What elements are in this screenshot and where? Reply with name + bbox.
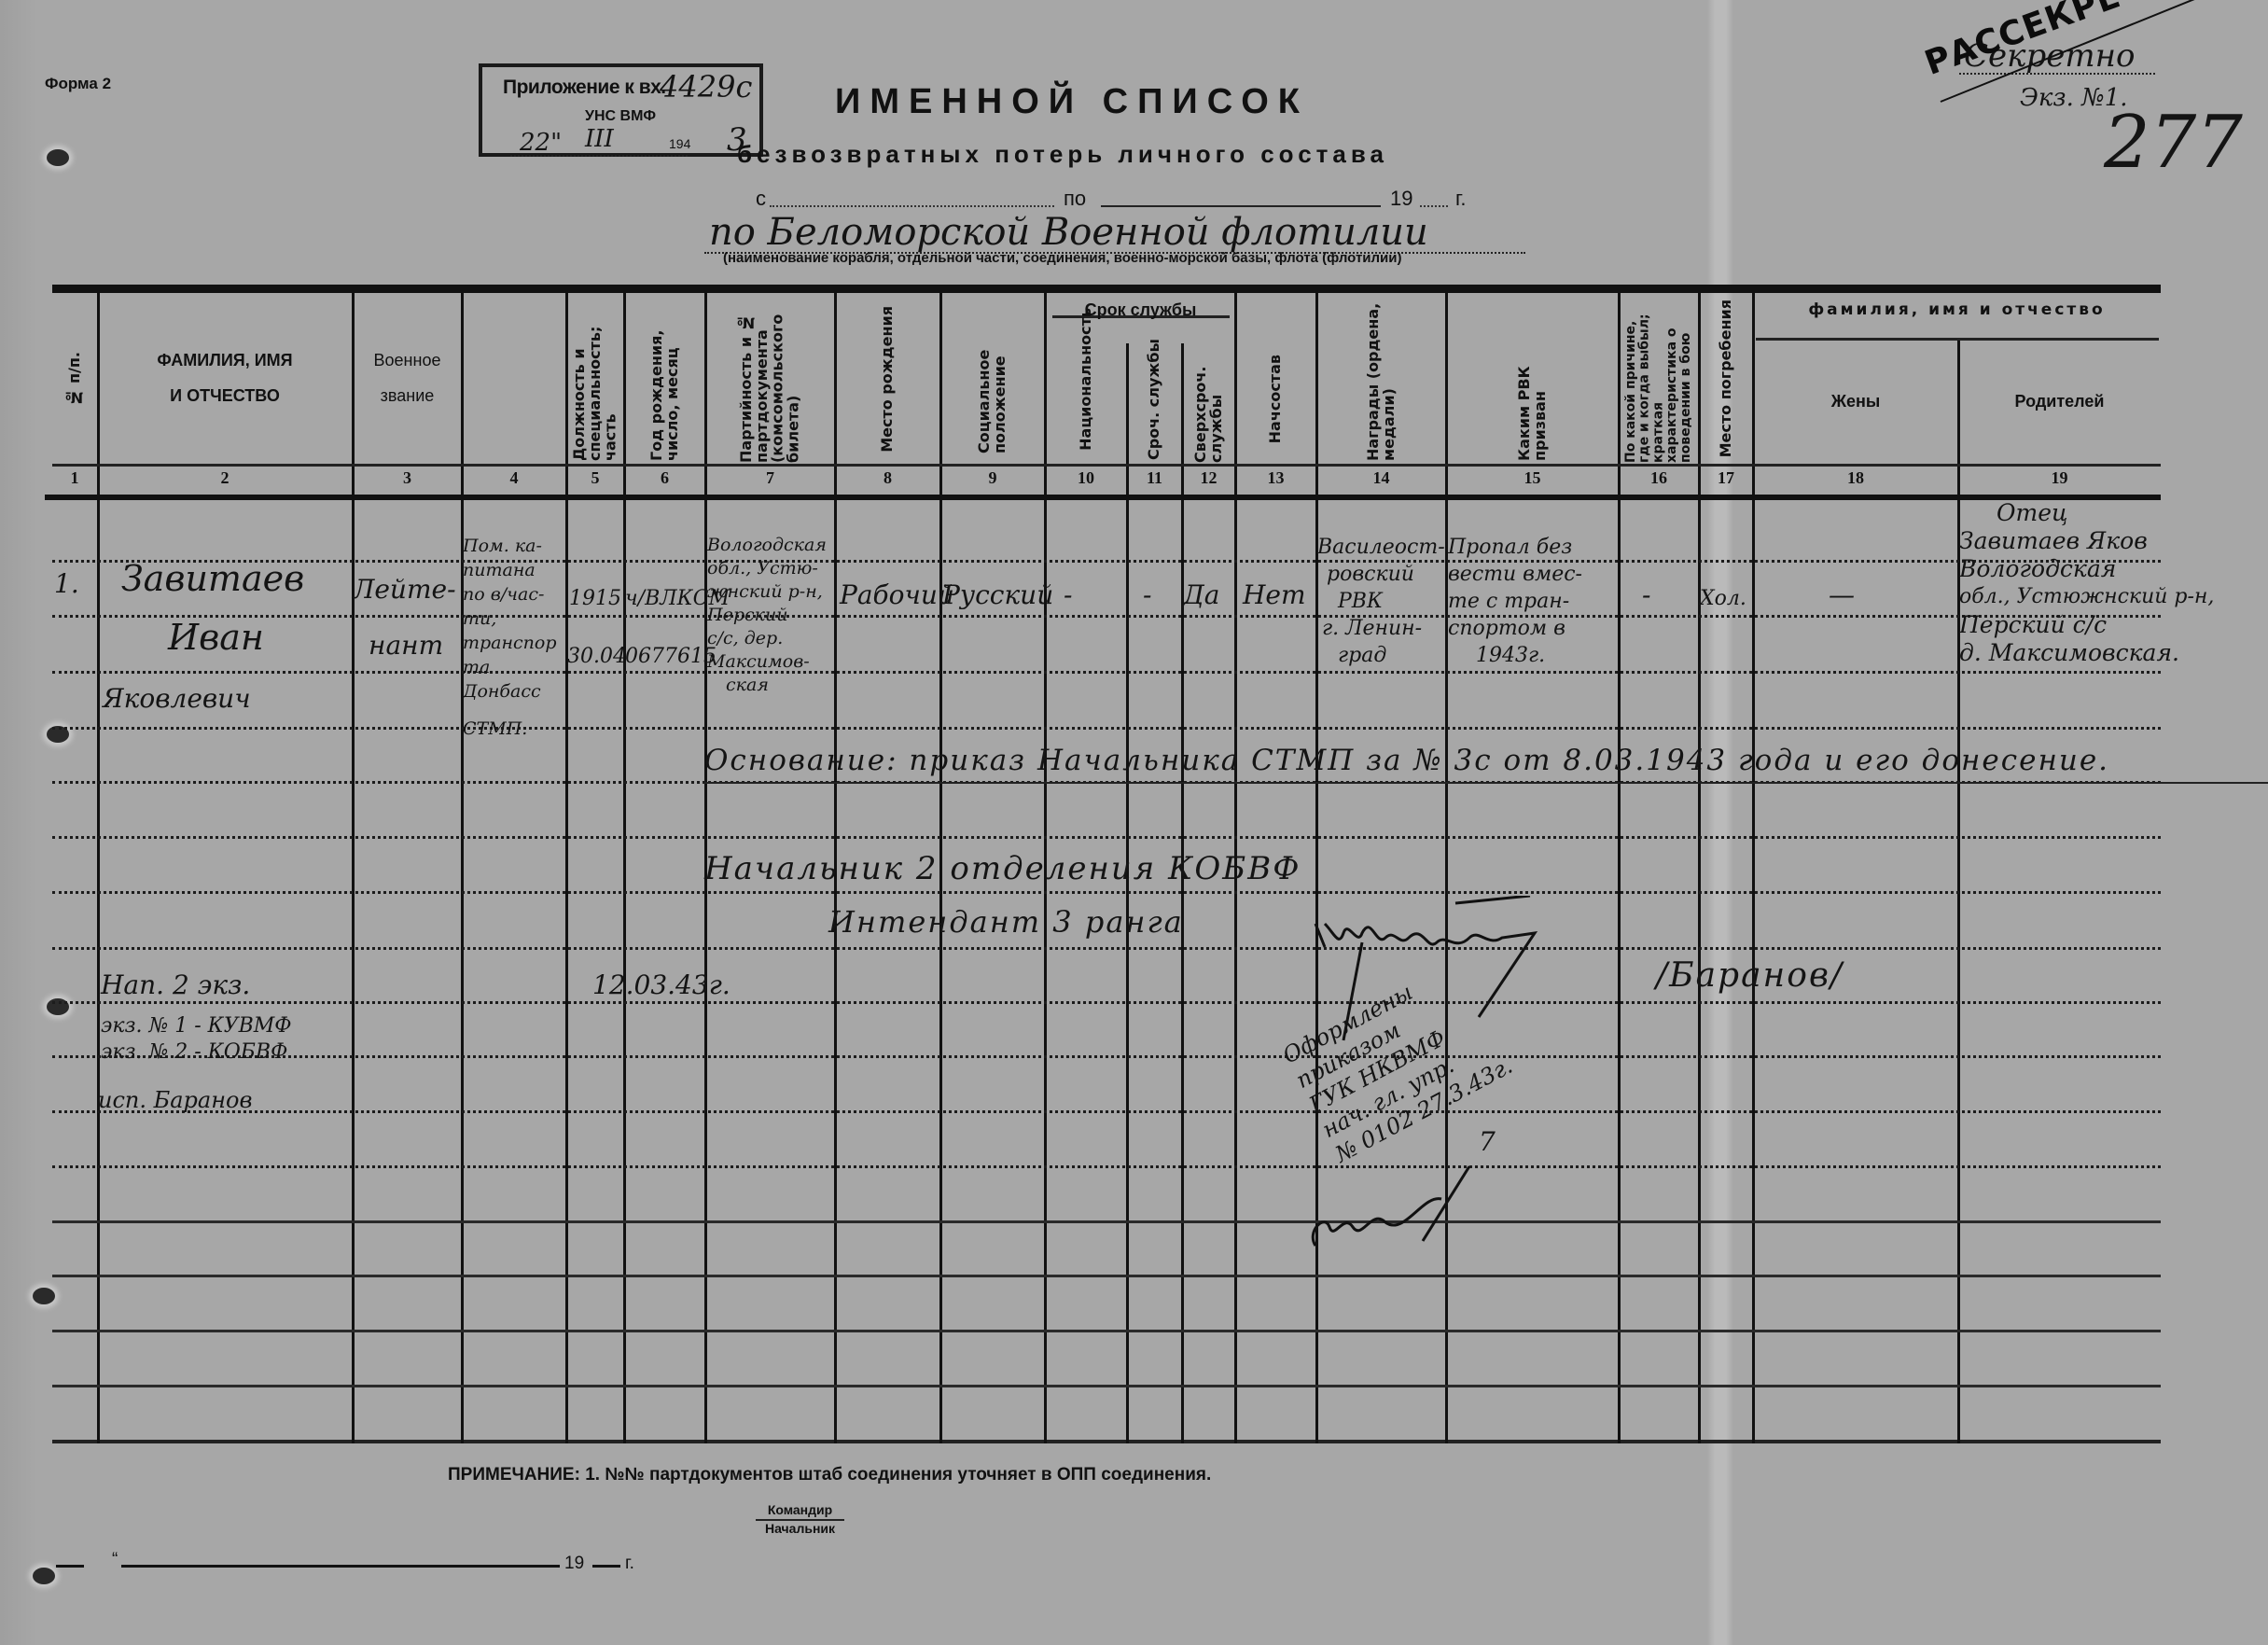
birthplace-line: Вологодская — [707, 534, 827, 557]
column-number: 19 — [1959, 468, 2160, 495]
column-number: 12 — [1184, 468, 1233, 495]
document-page: Форма 2 Приложение к вх. 4429с УНС ВМФ 2… — [0, 0, 2268, 1645]
header-awards: Награды (ордена, медали) — [1318, 295, 1444, 463]
birthplace-line: жнский р-н, — [707, 580, 827, 604]
punch-hole — [33, 1288, 55, 1304]
header-parents: Родителей — [1959, 342, 2160, 463]
stamp-line2: УНС ВМФ — [585, 108, 656, 125]
stamp-day: 22" — [520, 129, 562, 157]
footer-date-line: “ 19 г. — [56, 1554, 634, 1576]
column-number: 13 — [1237, 468, 1315, 495]
footer-note: ПРИМЕЧАНИЕ: 1. №№ партдокументов штаб со… — [448, 1465, 1211, 1485]
signature-title-block: Командир Начальник — [756, 1502, 844, 1536]
parents-line: Перский с/с — [1959, 611, 2214, 639]
row-line — [52, 836, 2161, 839]
rank-line2: нант — [369, 633, 443, 658]
header-party: Партийность и № партдокумента (комсомоль… — [707, 295, 833, 463]
social-status: Рабочий — [840, 582, 954, 607]
reason-line: Пропал без — [1448, 534, 1582, 561]
position-line: транспор — [463, 631, 557, 655]
signer-title: Начальник 2 отделения КОБВФ — [704, 857, 1301, 882]
column-number: 17 — [1701, 468, 1751, 495]
header-label: Место рождения — [880, 306, 896, 453]
header-social: Социальное положение — [942, 295, 1043, 463]
position: Пом. ка- питана по в/час- ти, транспор т… — [463, 534, 557, 741]
header-rank: Военное звание — [355, 295, 460, 463]
position-line: СТМП. — [463, 717, 557, 741]
date-quote: “ — [112, 1550, 118, 1570]
first-name: Иван — [168, 625, 264, 650]
rvk-line: Василеост- — [1317, 534, 1445, 561]
row-line — [52, 891, 2161, 894]
header-label: Сверхсроч. службы — [1193, 336, 1225, 463]
header-label: Национальность — [1078, 308, 1094, 451]
parents-line: обл., Устюжнский р-н, — [1959, 583, 2214, 611]
header-wife: Жены — [1755, 342, 1956, 463]
column-number-line — [52, 464, 2161, 467]
birthplace-line: обл., Устю- — [707, 557, 827, 580]
compile-date: 12.03.43г. — [592, 972, 730, 997]
position-line: Донбасс — [463, 679, 557, 704]
column-number: 10 — [1047, 468, 1125, 495]
punch-hole — [33, 1568, 55, 1584]
form-label: Форма 2 — [45, 75, 111, 93]
date-blank — [121, 1565, 560, 1568]
chief-label: Начальник — [756, 1521, 844, 1536]
executor: исп. Баранов — [98, 1088, 252, 1113]
reason-line: спортом в — [1448, 615, 1582, 642]
rank-line1: Лейте- — [353, 577, 456, 602]
header-label: ФАМИЛИЯ, ИМЯ И ОТЧЕСТВО — [150, 343, 299, 414]
row-line — [52, 727, 2161, 730]
unit-caption: (наименование корабля, отдельной части, … — [723, 250, 1402, 266]
patronymic: Яковлевич — [103, 686, 251, 711]
punch-hole — [47, 149, 69, 166]
header-extended-service: Сверхсроч. службы — [1184, 336, 1233, 463]
header-position: Должность и специальность; часть — [568, 295, 622, 463]
period-g: г. — [1455, 187, 1466, 211]
page-subtitle: безвозвратных потерь личного состава — [737, 140, 1388, 169]
birthplace-line: с/с, дер. — [707, 627, 827, 650]
row-line — [52, 671, 2161, 674]
column-number: 3 — [355, 468, 460, 495]
stamp-line1: Приложение к вх. — [503, 77, 666, 99]
rvk: Василеост- ровский РВК г. Ленин- град — [1317, 534, 1445, 669]
signer-name: /Баранов/ — [1656, 963, 1844, 988]
stamp-year-print: 194 — [669, 136, 690, 151]
period-year-blank — [1420, 205, 1448, 207]
incoming-stamp: Приложение к вх. 4429с УНС ВМФ 22" III 1… — [479, 63, 763, 157]
parents-line: Вологодская — [1959, 555, 2214, 583]
regular-service: - — [1064, 582, 1072, 607]
rvk-line: г. Ленин- — [1317, 615, 1445, 642]
basis-note: Основание: приказ Начальника СТМП за № 3… — [704, 748, 2109, 774]
parents: Отец Завитаев Яков Вологодская обл., Уст… — [1959, 499, 2214, 667]
row-line — [52, 1330, 2161, 1332]
reason-line: 1943г. — [1448, 642, 1582, 669]
surname: Завитаев — [121, 566, 304, 592]
header-birth-year: Год рождения, число, месяц — [626, 295, 703, 463]
reason-line: вести вмес- — [1448, 561, 1582, 588]
column-number: 11 — [1129, 468, 1180, 495]
header-burial: Место погребения — [1701, 295, 1751, 463]
table-header-border — [45, 495, 2161, 500]
signer-rank: Интендант 3 ранга — [828, 910, 1184, 935]
period-to-label: по — [1064, 187, 1086, 211]
copy-2: экз. № 2 - КОБВФ — [101, 1039, 287, 1065]
header-label: Должность и специальность; часть — [572, 298, 619, 461]
birth-year: 1915 — [569, 586, 621, 611]
column-number: 14 — [1318, 468, 1444, 495]
burial-place: - — [1642, 582, 1650, 607]
position-line: Пом. ка- — [463, 534, 557, 558]
position-line: по в/час- — [463, 582, 557, 606]
copies-title: Нап. 2 экз. — [101, 972, 250, 997]
rvk-line: град — [1317, 642, 1445, 669]
row-number: 1. — [54, 571, 79, 596]
position-line: та — [463, 655, 557, 679]
header-label: Награды (ордена, медали) — [1366, 298, 1398, 461]
row-line — [52, 1001, 2161, 1004]
period-to-blank — [1101, 205, 1381, 207]
period-year-label: 19 — [1390, 187, 1412, 211]
header-rvk: Каким РВК призван — [1448, 295, 1617, 463]
header-regular-service: Сроч. службы — [1129, 336, 1180, 463]
position-line: питана — [463, 558, 557, 582]
birthplace-line: ская — [707, 674, 827, 697]
column-number: 1 — [52, 468, 97, 495]
header-label: Место погребения — [1718, 300, 1734, 457]
loss-reason: Пропал без вести вмес- те с тран- спорто… — [1448, 534, 1582, 669]
position-line: ти, — [463, 606, 557, 631]
parents-line: Отец — [1959, 499, 2214, 527]
row-line — [52, 1385, 2161, 1387]
header-label: По какой причине, где и когда выбыл; кра… — [1624, 295, 1692, 463]
header-birthplace: Место рождения — [837, 295, 939, 463]
page-title: ИМЕННОЙ СПИСОК — [835, 82, 1309, 122]
stamp-number: 4429с — [660, 69, 752, 105]
birthplace-line: Перский — [707, 604, 827, 627]
header-label: № п/п. — [67, 352, 83, 407]
row-line — [52, 1165, 2161, 1168]
wife-name: — — [1829, 582, 1855, 607]
officer-status: Да — [1183, 582, 1219, 607]
column-number: 7 — [707, 468, 833, 495]
extended-service: - — [1143, 582, 1151, 607]
birth-date: 30.04 — [567, 644, 626, 669]
column-number: 5 — [568, 468, 622, 495]
header-label: Жены — [1831, 384, 1881, 420]
row-line — [52, 615, 2161, 618]
header-label: Год рождения, число, месяц — [649, 298, 681, 461]
column-number: 6 — [626, 468, 703, 495]
parents-line: д. Максимовская. — [1959, 639, 2214, 667]
header-label: Начсостав — [1268, 355, 1284, 443]
row-line — [52, 1110, 2161, 1113]
parents-line: Завитаев Яков — [1959, 527, 2214, 555]
date-dash — [56, 1565, 84, 1568]
resolution-signature — [1301, 1157, 1488, 1260]
row-line — [52, 560, 2161, 563]
date-g: г. — [625, 1554, 634, 1574]
rvk-line: ровский — [1317, 561, 1445, 588]
unit-name: по Беломорской Военной флотилии — [709, 211, 1428, 254]
relatives-group-header: фамилия, имя и отчество — [1754, 300, 2160, 319]
header-fullname: ФАМИЛИЯ, ИМЯ И ОТЧЕСТВО — [99, 295, 351, 463]
nationality: Русский — [942, 582, 1053, 607]
resolution-mark: 7 — [1479, 1129, 1496, 1154]
relatives-group-line — [1756, 338, 2159, 341]
table-bottom-border — [52, 1440, 2161, 1443]
commander-label: Командир — [756, 1502, 844, 1521]
sheet-number: 277 — [2104, 101, 2243, 185]
secret-underline — [1959, 73, 2155, 75]
family-status: Хол. — [1700, 586, 1746, 611]
row-line — [52, 947, 2161, 950]
header-label: Каким РВК призван — [1517, 298, 1549, 461]
header-label: Военное звание — [366, 343, 450, 414]
stamp-underline — [510, 155, 688, 157]
column-number: 18 — [1755, 468, 1956, 495]
rvk-line: РВК — [1317, 588, 1445, 615]
row-line — [52, 1220, 2161, 1223]
reason-line: те с тран- — [1448, 588, 1582, 615]
column-number: 4 — [463, 468, 565, 495]
copy-1: экз. № 1 - КУВМФ — [101, 1013, 292, 1039]
date-year: 19 — [564, 1554, 584, 1574]
column-number: 2 — [99, 468, 351, 495]
header-label: Партийность и № партдокумента (комсомоль… — [739, 295, 801, 463]
basis-underline — [704, 782, 2268, 784]
header-label: Родителей — [2015, 384, 2105, 420]
period-from-blank — [770, 205, 1054, 207]
header-reason: По какой причине, где и когда выбыл; кра… — [1621, 295, 1697, 463]
table-top-border — [52, 285, 2161, 293]
header-label: Социальное положение — [977, 304, 1009, 453]
header-nationality: Национальность — [1047, 295, 1125, 463]
period-from-label: с — [756, 187, 766, 211]
header-officer: Начсостав — [1237, 336, 1315, 463]
row-line — [52, 1055, 2161, 1058]
party-doc-number: 0677615 — [625, 644, 717, 669]
column-number: 8 — [837, 468, 939, 495]
stamp-month: III — [585, 125, 614, 153]
birthplace: Вологодская обл., Устю- жнский р-н, Перс… — [707, 534, 827, 697]
birthplace-line: Максимов- — [707, 650, 827, 674]
column-number: 9 — [942, 468, 1043, 495]
row-line — [52, 1275, 2161, 1277]
header-num: № п/п. — [52, 295, 97, 463]
column-number: 15 — [1448, 468, 1617, 495]
awards: Нет — [1243, 582, 1306, 607]
column-number: 16 — [1621, 468, 1697, 495]
date-year-blank — [592, 1565, 620, 1568]
header-label: Сроч. службы — [1147, 339, 1162, 460]
